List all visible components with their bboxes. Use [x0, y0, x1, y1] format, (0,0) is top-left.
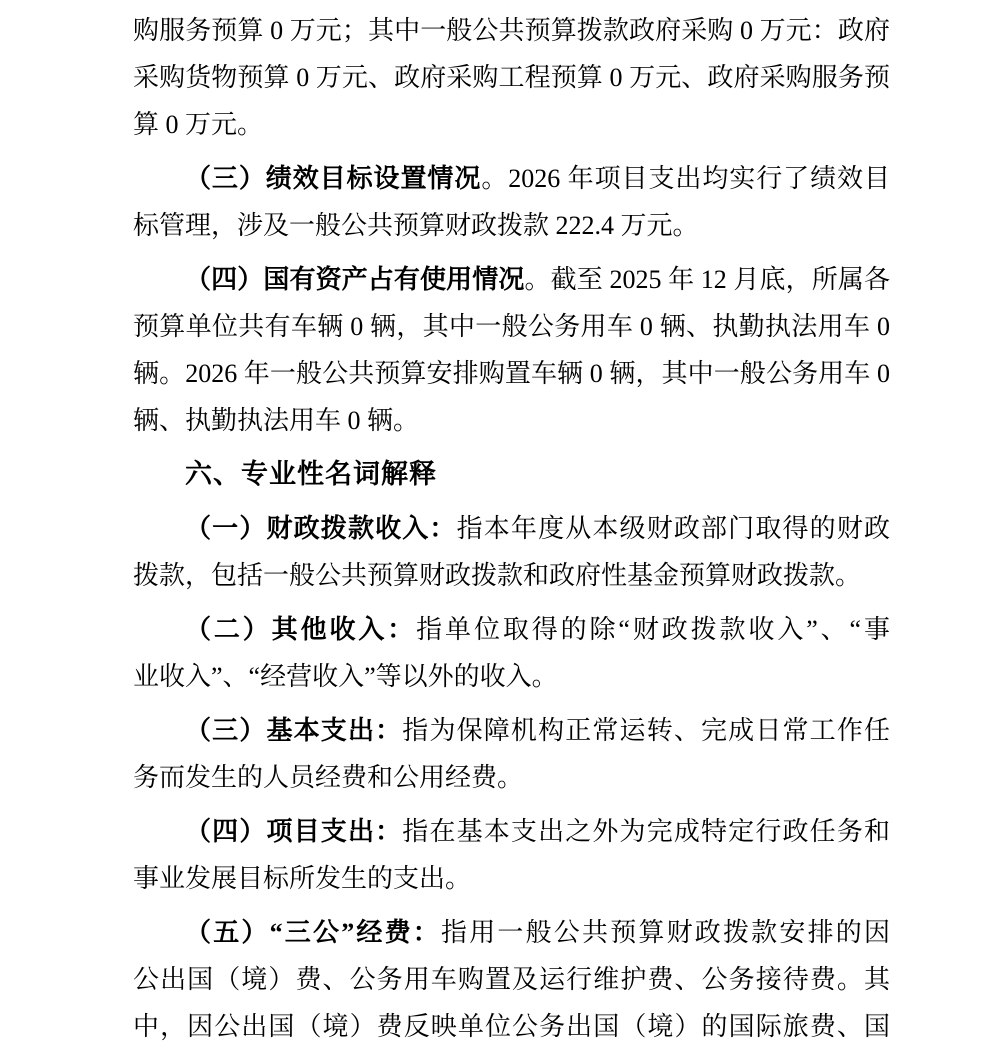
bold-text-run: （一）财政拨款收入：	[185, 514, 457, 543]
bold-text-run: （四）国有资产占有使用情况	[185, 265, 525, 294]
text-line: （三）绩效目标设置情况。2026 年项目支出均实行了绩效目	[133, 155, 890, 202]
bold-text-run: （三）绩效目标设置情况	[185, 164, 481, 193]
paragraph: （三）基本支出：指为保障机构正常运转、完成日常工作任务而发生的人员经费和公用经费…	[133, 707, 890, 801]
text-run: 业收入”、“经营收入”等以外的收入。	[133, 662, 558, 691]
document-content: 购服务预算 0 万元；其中一般公共预算拨款政府采购 0 万元：政府采购货物预算 …	[133, 7, 890, 1050]
text-run: 预算单位共有车辆 0 辆，其中一般公务用车 0 辆、执勤执法用车 0	[133, 312, 890, 341]
bold-text-run: 六、专业性名词解释	[185, 459, 437, 489]
text-line: 采购货物预算 0 万元、政府采购工程预算 0 万元、政府采购服务预	[133, 54, 890, 101]
text-line: 算 0 万元。	[133, 101, 890, 148]
paragraph: （四）项目支出：指在基本支出之外为完成特定行政任务和事业发展目标所发生的支出。	[133, 808, 890, 902]
text-run: 拨款，包括一般公共预算财政拨款和政府性基金预算财政拨款。	[133, 561, 861, 590]
text-line: 六、专业性名词解释	[133, 451, 890, 498]
paragraph: 购服务预算 0 万元；其中一般公共预算拨款政府采购 0 万元：政府采购货物预算 …	[133, 7, 890, 148]
text-run: 指用一般公共预算财政拨款安排的因	[441, 918, 890, 947]
text-line: （二）其他收入：指单位取得的除“财政拨款收入”、“事	[133, 606, 890, 653]
text-line: （五）“三公”经费：指用一般公共预算财政拨款安排的因	[133, 909, 890, 956]
section-heading: 六、专业性名词解释	[133, 451, 890, 498]
text-line: 辆、执勤执法用车 0 辆。	[133, 397, 890, 444]
text-line: （一）财政拨款收入：指本年度从本级财政部门取得的财政	[133, 505, 890, 552]
text-line: 拨款，包括一般公共预算财政拨款和政府性基金预算财政拨款。	[133, 552, 890, 599]
text-run: 算 0 万元。	[133, 110, 263, 139]
text-line: （四）国有资产占有使用情况。截至 2025 年 12 月底，所属各	[133, 256, 890, 303]
text-run: 。截至 2025 年 12 月底，所属各	[525, 265, 891, 294]
text-run: 辆、执勤执法用车 0 辆。	[133, 406, 419, 435]
text-run: 采购货物预算 0 万元、政府采购工程预算 0 万元、政府采购服务预	[133, 63, 890, 92]
paragraph: （二）其他收入：指单位取得的除“财政拨款收入”、“事业收入”、“经营收入”等以外…	[133, 606, 890, 700]
text-run: 公出国（境）费、公务用车购置及运行维护费、公务接待费。其	[133, 965, 890, 994]
paragraph: （五）“三公”经费：指用一般公共预算财政拨款安排的因公出国（境）费、公务用车购置…	[133, 909, 890, 1050]
text-line: 预算单位共有车辆 0 辆，其中一般公务用车 0 辆、执勤执法用车 0	[133, 303, 890, 350]
bold-text-run: （二）其他收入：	[185, 615, 416, 644]
text-line: 标管理，涉及一般公共预算财政拨款 222.4 万元。	[133, 202, 890, 249]
text-line: 事业发展目标所发生的支出。	[133, 855, 890, 902]
text-line: （四）项目支出：指在基本支出之外为完成特定行政任务和	[133, 808, 890, 855]
bold-text-run: （三）基本支出：	[185, 716, 402, 745]
text-run: 指本年度从本级财政部门取得的财政	[457, 514, 890, 543]
text-line: 务而发生的人员经费和公用经费。	[133, 754, 890, 801]
text-run: 指单位取得的除“财政拨款收入”、“事	[416, 615, 890, 644]
text-line: 公出国（境）费、公务用车购置及运行维护费、公务接待费。其	[133, 956, 890, 1003]
bold-text-run: （五）“三公”经费：	[185, 918, 441, 947]
text-line: 辆。2026 年一般公共预算安排购置车辆 0 辆，其中一般公务用车 0	[133, 350, 890, 397]
text-run: 事业发展目标所发生的支出。	[133, 864, 471, 893]
bold-text-run: （四）项目支出：	[185, 817, 402, 846]
text-line: （三）基本支出：指为保障机构正常运转、完成日常工作任	[133, 707, 890, 754]
text-run: 指在基本支出之外为完成特定行政任务和	[402, 817, 890, 846]
paragraph: （三）绩效目标设置情况。2026 年项目支出均实行了绩效目标管理，涉及一般公共预…	[133, 155, 890, 249]
text-line: 购服务预算 0 万元；其中一般公共预算拨款政府采购 0 万元：政府	[133, 7, 890, 54]
text-run: 标管理，涉及一般公共预算财政拨款 222.4 万元。	[133, 211, 699, 240]
text-line: 中，因公出国（境）费反映单位公务出国（境）的国际旅费、国	[133, 1003, 890, 1050]
text-run: 中，因公出国（境）费反映单位公务出国（境）的国际旅费、国	[133, 1012, 890, 1041]
text-run: 。2026 年项目支出均实行了绩效目	[481, 164, 890, 193]
text-line: 业收入”、“经营收入”等以外的收入。	[133, 653, 890, 700]
text-run: 指为保障机构正常运转、完成日常工作任	[402, 716, 890, 745]
paragraph: （一）财政拨款收入：指本年度从本级财政部门取得的财政拨款，包括一般公共预算财政拨…	[133, 505, 890, 599]
paragraph: （四）国有资产占有使用情况。截至 2025 年 12 月底，所属各预算单位共有车…	[133, 256, 890, 444]
text-run: 务而发生的人员经费和公用经费。	[133, 763, 523, 792]
text-run: 辆。2026 年一般公共预算安排购置车辆 0 辆，其中一般公务用车 0	[133, 359, 890, 388]
text-run: 购服务预算 0 万元；其中一般公共预算拨款政府采购 0 万元：政府	[133, 16, 890, 45]
document-page: 购服务预算 0 万元；其中一般公共预算拨款政府采购 0 万元：政府采购货物预算 …	[0, 0, 1000, 1059]
